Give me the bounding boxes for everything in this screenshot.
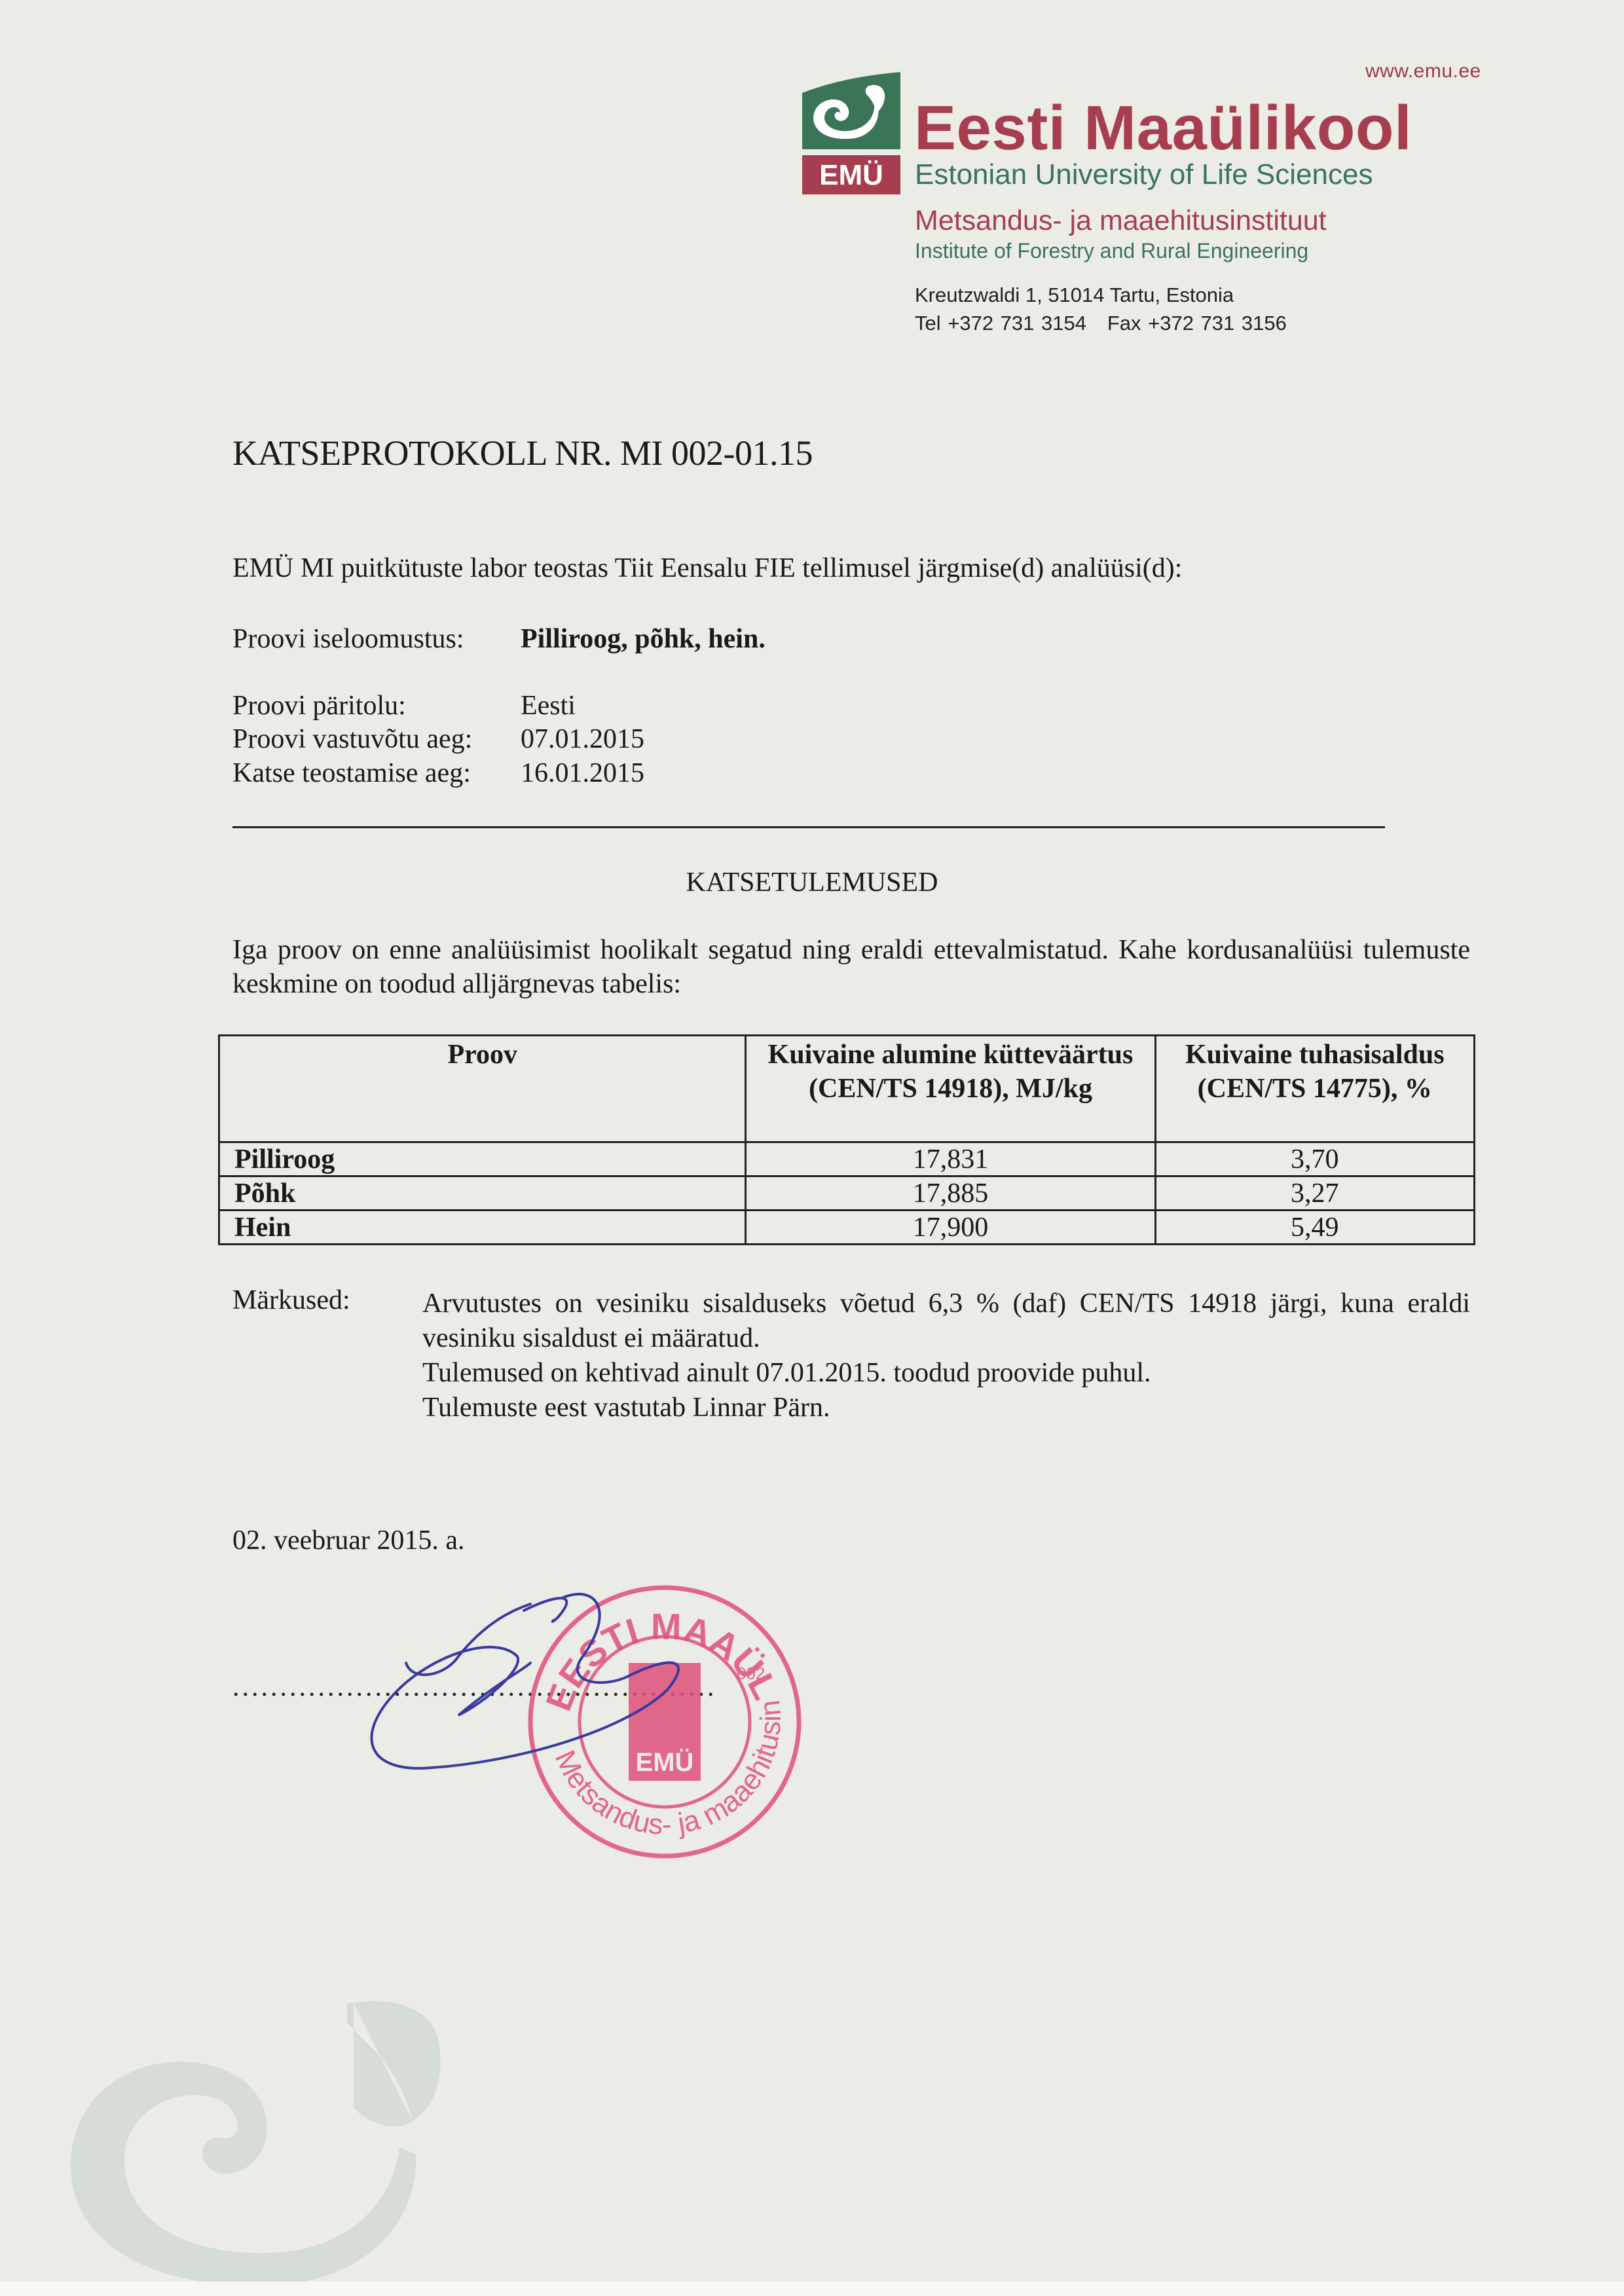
calorific-value: 17,831 bbox=[746, 1142, 1155, 1176]
table-row: Põhk 17,885 3,27 bbox=[219, 1176, 1475, 1211]
results-table: Proov Kuivaine alumine kütteväärtus (CEN… bbox=[218, 1034, 1475, 1245]
header-ash-content: Kuivaine tuhasisaldus (CEN/TS 14775), % bbox=[1155, 1036, 1474, 1142]
sample-name: Põhk bbox=[219, 1176, 746, 1211]
field-label-received: Proovi vastuvõtu aeg: bbox=[232, 725, 472, 753]
field-value-tested: 16.01.2015 bbox=[521, 759, 644, 787]
institute-name-en: Institute of Forestry and Rural Engineer… bbox=[915, 240, 1308, 261]
document-title: KATSEPROTOKOLL NR. MI 002-01.15 bbox=[232, 435, 813, 471]
ash-content: 3,27 bbox=[1155, 1176, 1474, 1211]
remarks: Arvutustes on vesiniku sisalduseks võetu… bbox=[422, 1286, 1470, 1425]
remark-line: Tulemuste eest vastutab Linnar Pärn. bbox=[422, 1391, 1470, 1425]
header-calorific-value: Kuivaine alumine kütteväärtus (CEN/TS 14… bbox=[746, 1036, 1155, 1142]
field-label-tested: Katse teostamise aeg: bbox=[232, 759, 471, 787]
remarks-label: Märkused: bbox=[232, 1286, 350, 1314]
header-sample: Proov bbox=[219, 1036, 746, 1142]
svg-text:EMÜ: EMÜ bbox=[819, 159, 883, 191]
field-label-description: Proovi iseloomustus: bbox=[232, 625, 464, 653]
university-name: Eesti Maaülikool bbox=[914, 97, 1412, 160]
scan-edge bbox=[0, 2282, 1624, 2296]
institute-name: Metsandus- ja maaehitusinstituut bbox=[915, 207, 1327, 235]
field-label-origin: Proovi päritolu: bbox=[232, 692, 406, 720]
website-link: www.emu.ee bbox=[1365, 60, 1481, 82]
results-description: Iga proov on enne analüüsimist hoolikalt… bbox=[232, 933, 1470, 1001]
intro-text: EMÜ MI puitkütuste labor teostas Tiit Ee… bbox=[232, 555, 1182, 582]
signing-date: 02. veebruar 2015. a. bbox=[232, 1527, 465, 1554]
ash-content: 5,49 bbox=[1155, 1211, 1474, 1245]
table-header-row: Proov Kuivaine alumine kütteväärtus (CEN… bbox=[219, 1036, 1475, 1142]
university-logo: EMÜ bbox=[802, 72, 900, 196]
results-heading: KATSETULEMUSED bbox=[0, 869, 1624, 896]
remark-line: Arvutustes on vesiniku sisalduseks võetu… bbox=[422, 1286, 1470, 1356]
table-row: Pilliroog 17,831 3,70 bbox=[219, 1142, 1475, 1176]
ash-content: 3,70 bbox=[1155, 1142, 1474, 1176]
address: Kreutzwaldi 1, 51014 Tartu, Estonia bbox=[915, 285, 1234, 305]
calorific-value: 17,885 bbox=[746, 1176, 1155, 1211]
sample-name: Pilliroog bbox=[219, 1142, 746, 1176]
field-value-received: 07.01.2015 bbox=[521, 725, 644, 753]
calorific-value: 17,900 bbox=[746, 1211, 1155, 1245]
signature bbox=[327, 1558, 825, 1794]
divider bbox=[232, 826, 1385, 828]
table-row: Hein 17,900 5,49 bbox=[219, 1211, 1475, 1245]
remark-line: Tulemused on kehtivad ainult 07.01.2015.… bbox=[422, 1356, 1470, 1391]
sample-name: Hein bbox=[219, 1211, 746, 1245]
field-value-description: Pilliroog, põhk, hein. bbox=[521, 625, 766, 653]
field-value-origin: Eesti bbox=[521, 692, 576, 720]
university-watermark-icon bbox=[46, 1964, 491, 2291]
contacts: Tel +372 731 3154 Fax +372 731 3156 bbox=[915, 313, 1287, 333]
university-name-en: Estonian University of Life Sciences bbox=[915, 160, 1373, 189]
